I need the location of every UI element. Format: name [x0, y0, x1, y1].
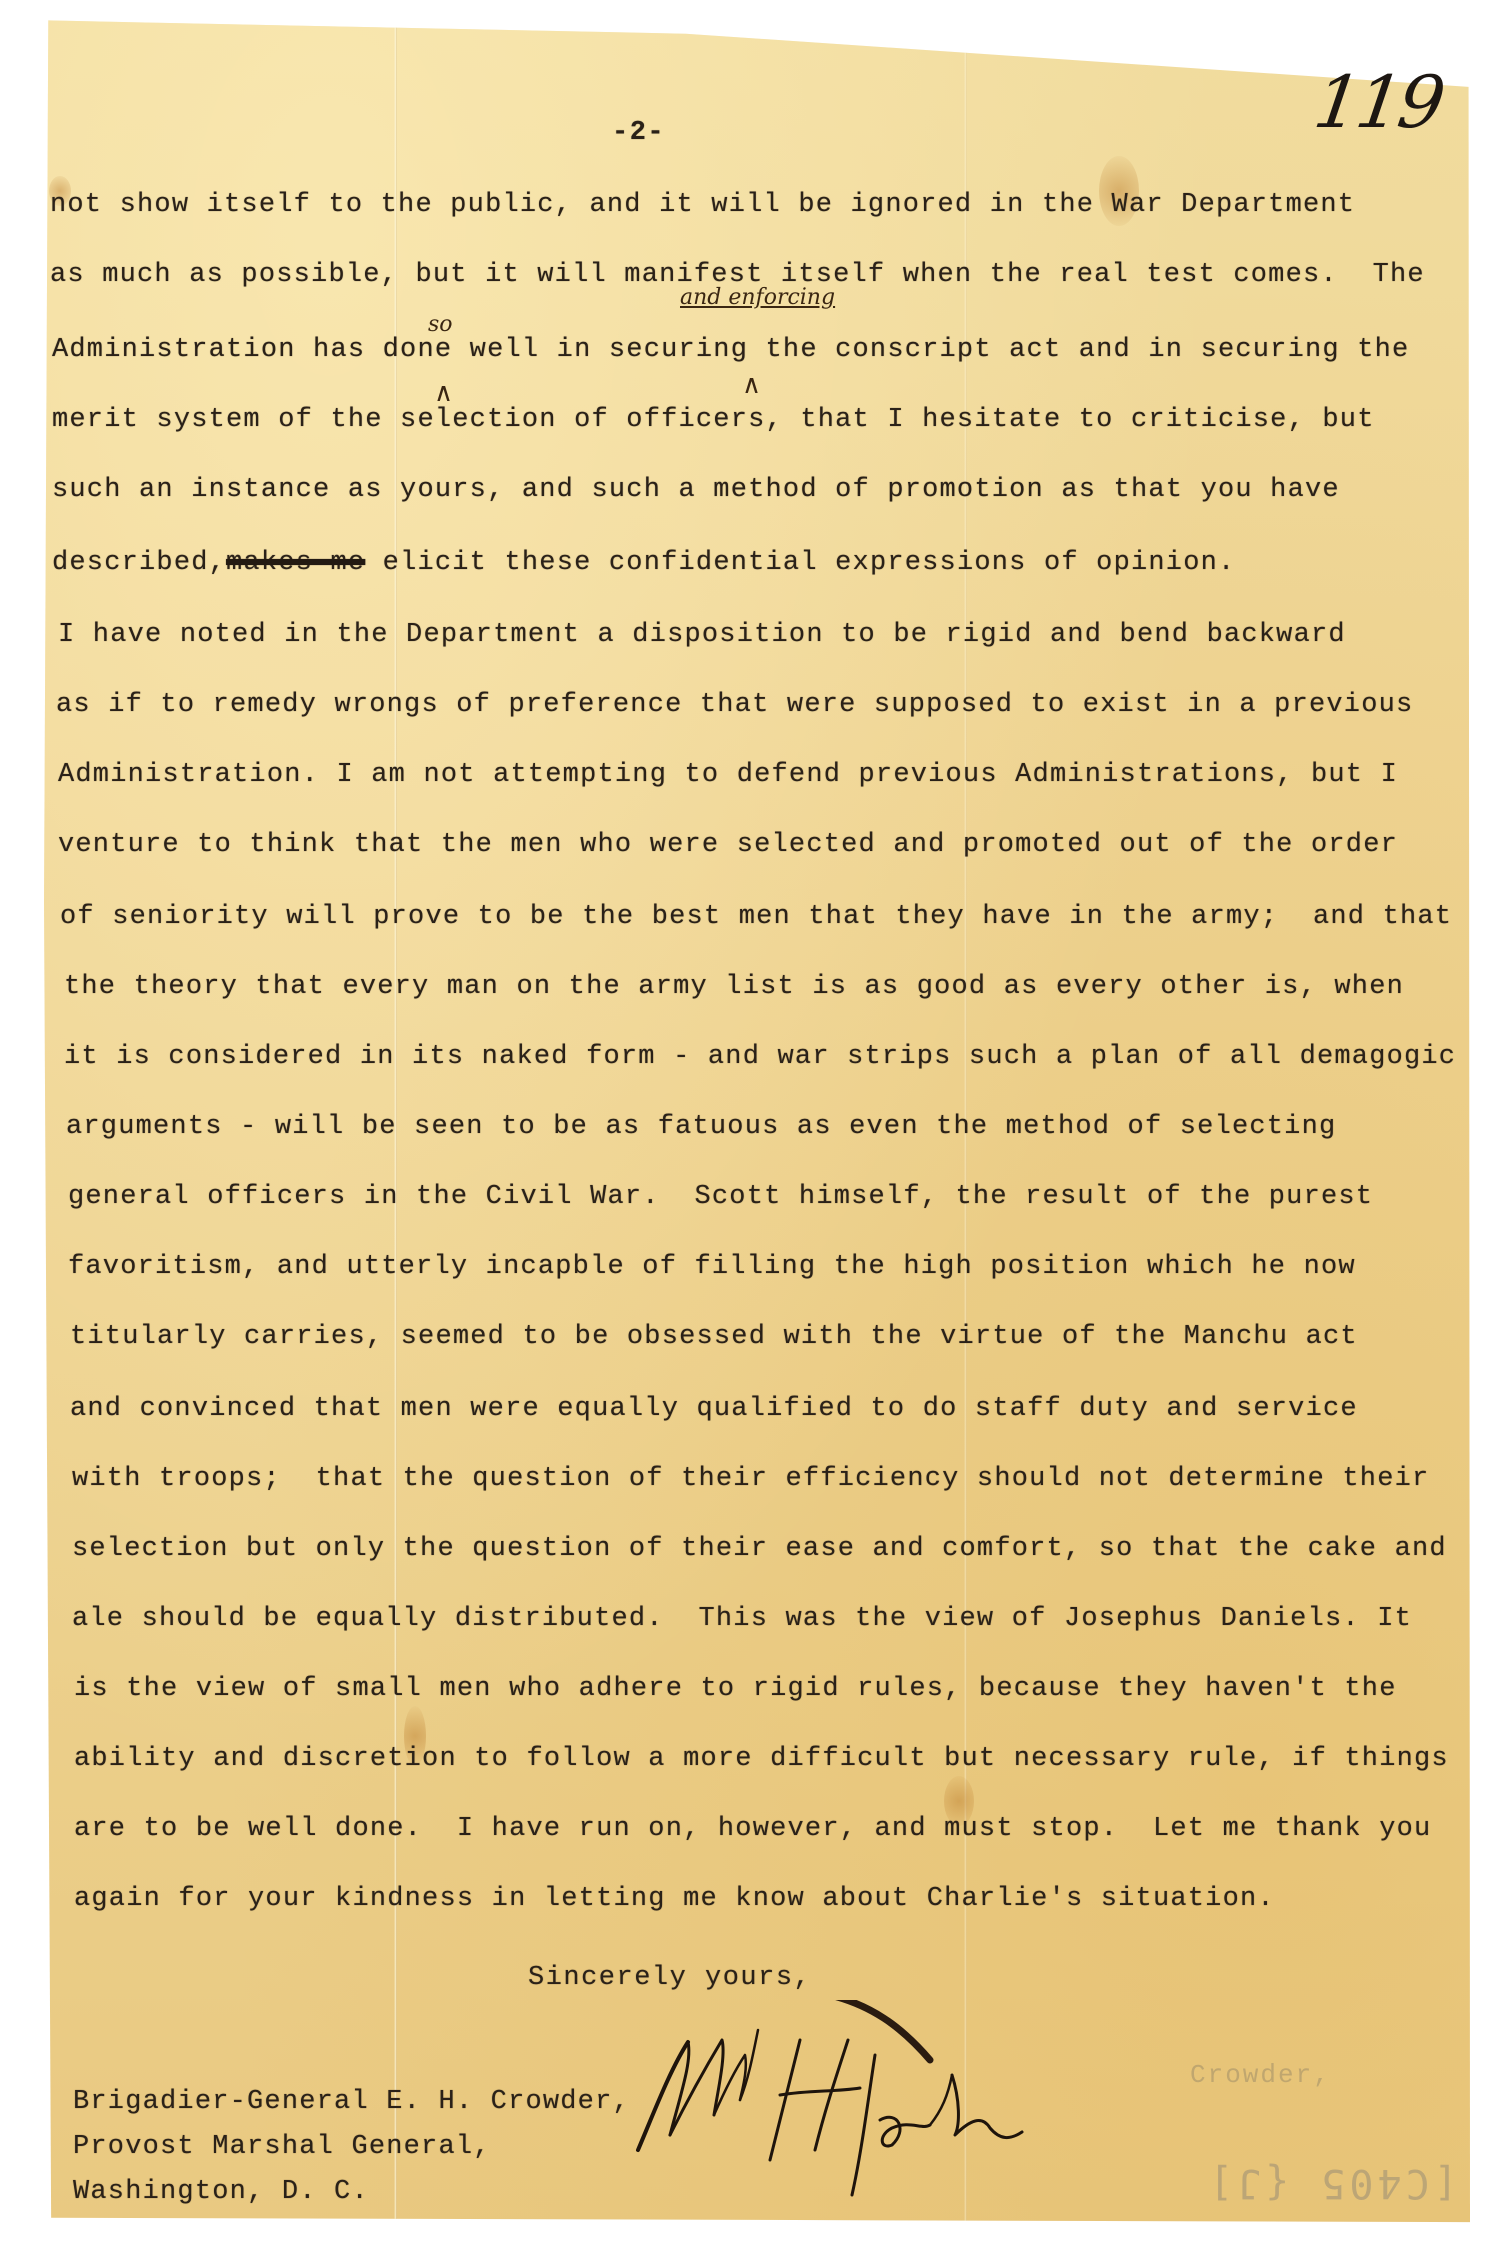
- body-line: selection but only the question of their…: [72, 1534, 1447, 1564]
- body-line: Administration has done well in securing…: [52, 335, 1409, 365]
- handwritten-insert-so: so: [428, 312, 453, 337]
- body-text: elicit these confidential expressions of…: [365, 548, 1235, 578]
- struck-text: makes me: [226, 548, 365, 578]
- addressee-line: Washington, D. C.: [73, 2170, 630, 2215]
- body-line: Administration. I am not attempting to d…: [58, 760, 1398, 790]
- body-line: of seniority will prove to be the best m…: [60, 902, 1452, 932]
- page-marker: -2-: [612, 118, 665, 148]
- body-line: it is considered in its naked form - and…: [64, 1042, 1456, 1072]
- body-line: with troops; that the question of their …: [72, 1464, 1429, 1494]
- body-line: again for your kindness in letting me kn…: [74, 1884, 1275, 1914]
- archive-stamp: [C405 {J]: [1205, 2160, 1458, 2206]
- body-line: venture to think that the men who were s…: [58, 830, 1398, 860]
- body-line: ale should be equally distributed. This …: [72, 1604, 1412, 1634]
- body-line: merit system of the selection of officer…: [52, 405, 1375, 435]
- addressee-line: Brigadier-General E. H. Crowder,: [73, 2080, 630, 2125]
- body-line: favoritism, and utterly incapble of fill…: [68, 1252, 1356, 1282]
- body-line: and convinced that men were equally qual…: [70, 1394, 1358, 1424]
- handwritten-page-number: 119: [1309, 60, 1446, 144]
- body-line: as if to remedy wrongs of preference tha…: [56, 690, 1413, 720]
- addressee-line: Provost Marshal General,: [73, 2125, 630, 2170]
- body-line: arguments - will be seen to be as fatuou…: [66, 1112, 1336, 1142]
- body-text: described,: [52, 548, 226, 578]
- body-line: general officers in the Civil War. Scott…: [68, 1182, 1373, 1212]
- body-line: titularly carries, seemed to be obsessed…: [70, 1322, 1358, 1352]
- faint-offset-text: Crowder,: [1190, 2060, 1331, 2090]
- body-line: is the view of small men who adhere to r…: [74, 1674, 1397, 1704]
- body-line: the theory that every man on the army li…: [64, 972, 1404, 1002]
- addressee-block: Brigadier-General E. H. Crowder, Provost…: [73, 2080, 630, 2215]
- body-line: as much as possible, but it will manifes…: [50, 260, 1425, 290]
- closing: Sincerely yours,: [528, 1963, 811, 1993]
- body-line: I have noted in the Department a disposi…: [58, 620, 1346, 650]
- body-line: ability and discretion to follow a more …: [74, 1744, 1449, 1774]
- signature: Wm H Taft: [630, 2000, 1110, 2200]
- body-line: are to be well done. I have run on, howe…: [74, 1814, 1431, 1844]
- body-line: not show itself to the public, and it wi…: [50, 190, 1355, 220]
- body-line-described: described,makes me elicit these confiden…: [52, 548, 1235, 578]
- insertion-caret-icon: ∧: [742, 370, 761, 400]
- body-line: such an instance as yours, and such a me…: [52, 475, 1340, 505]
- insertion-caret-icon: ∧: [434, 378, 453, 408]
